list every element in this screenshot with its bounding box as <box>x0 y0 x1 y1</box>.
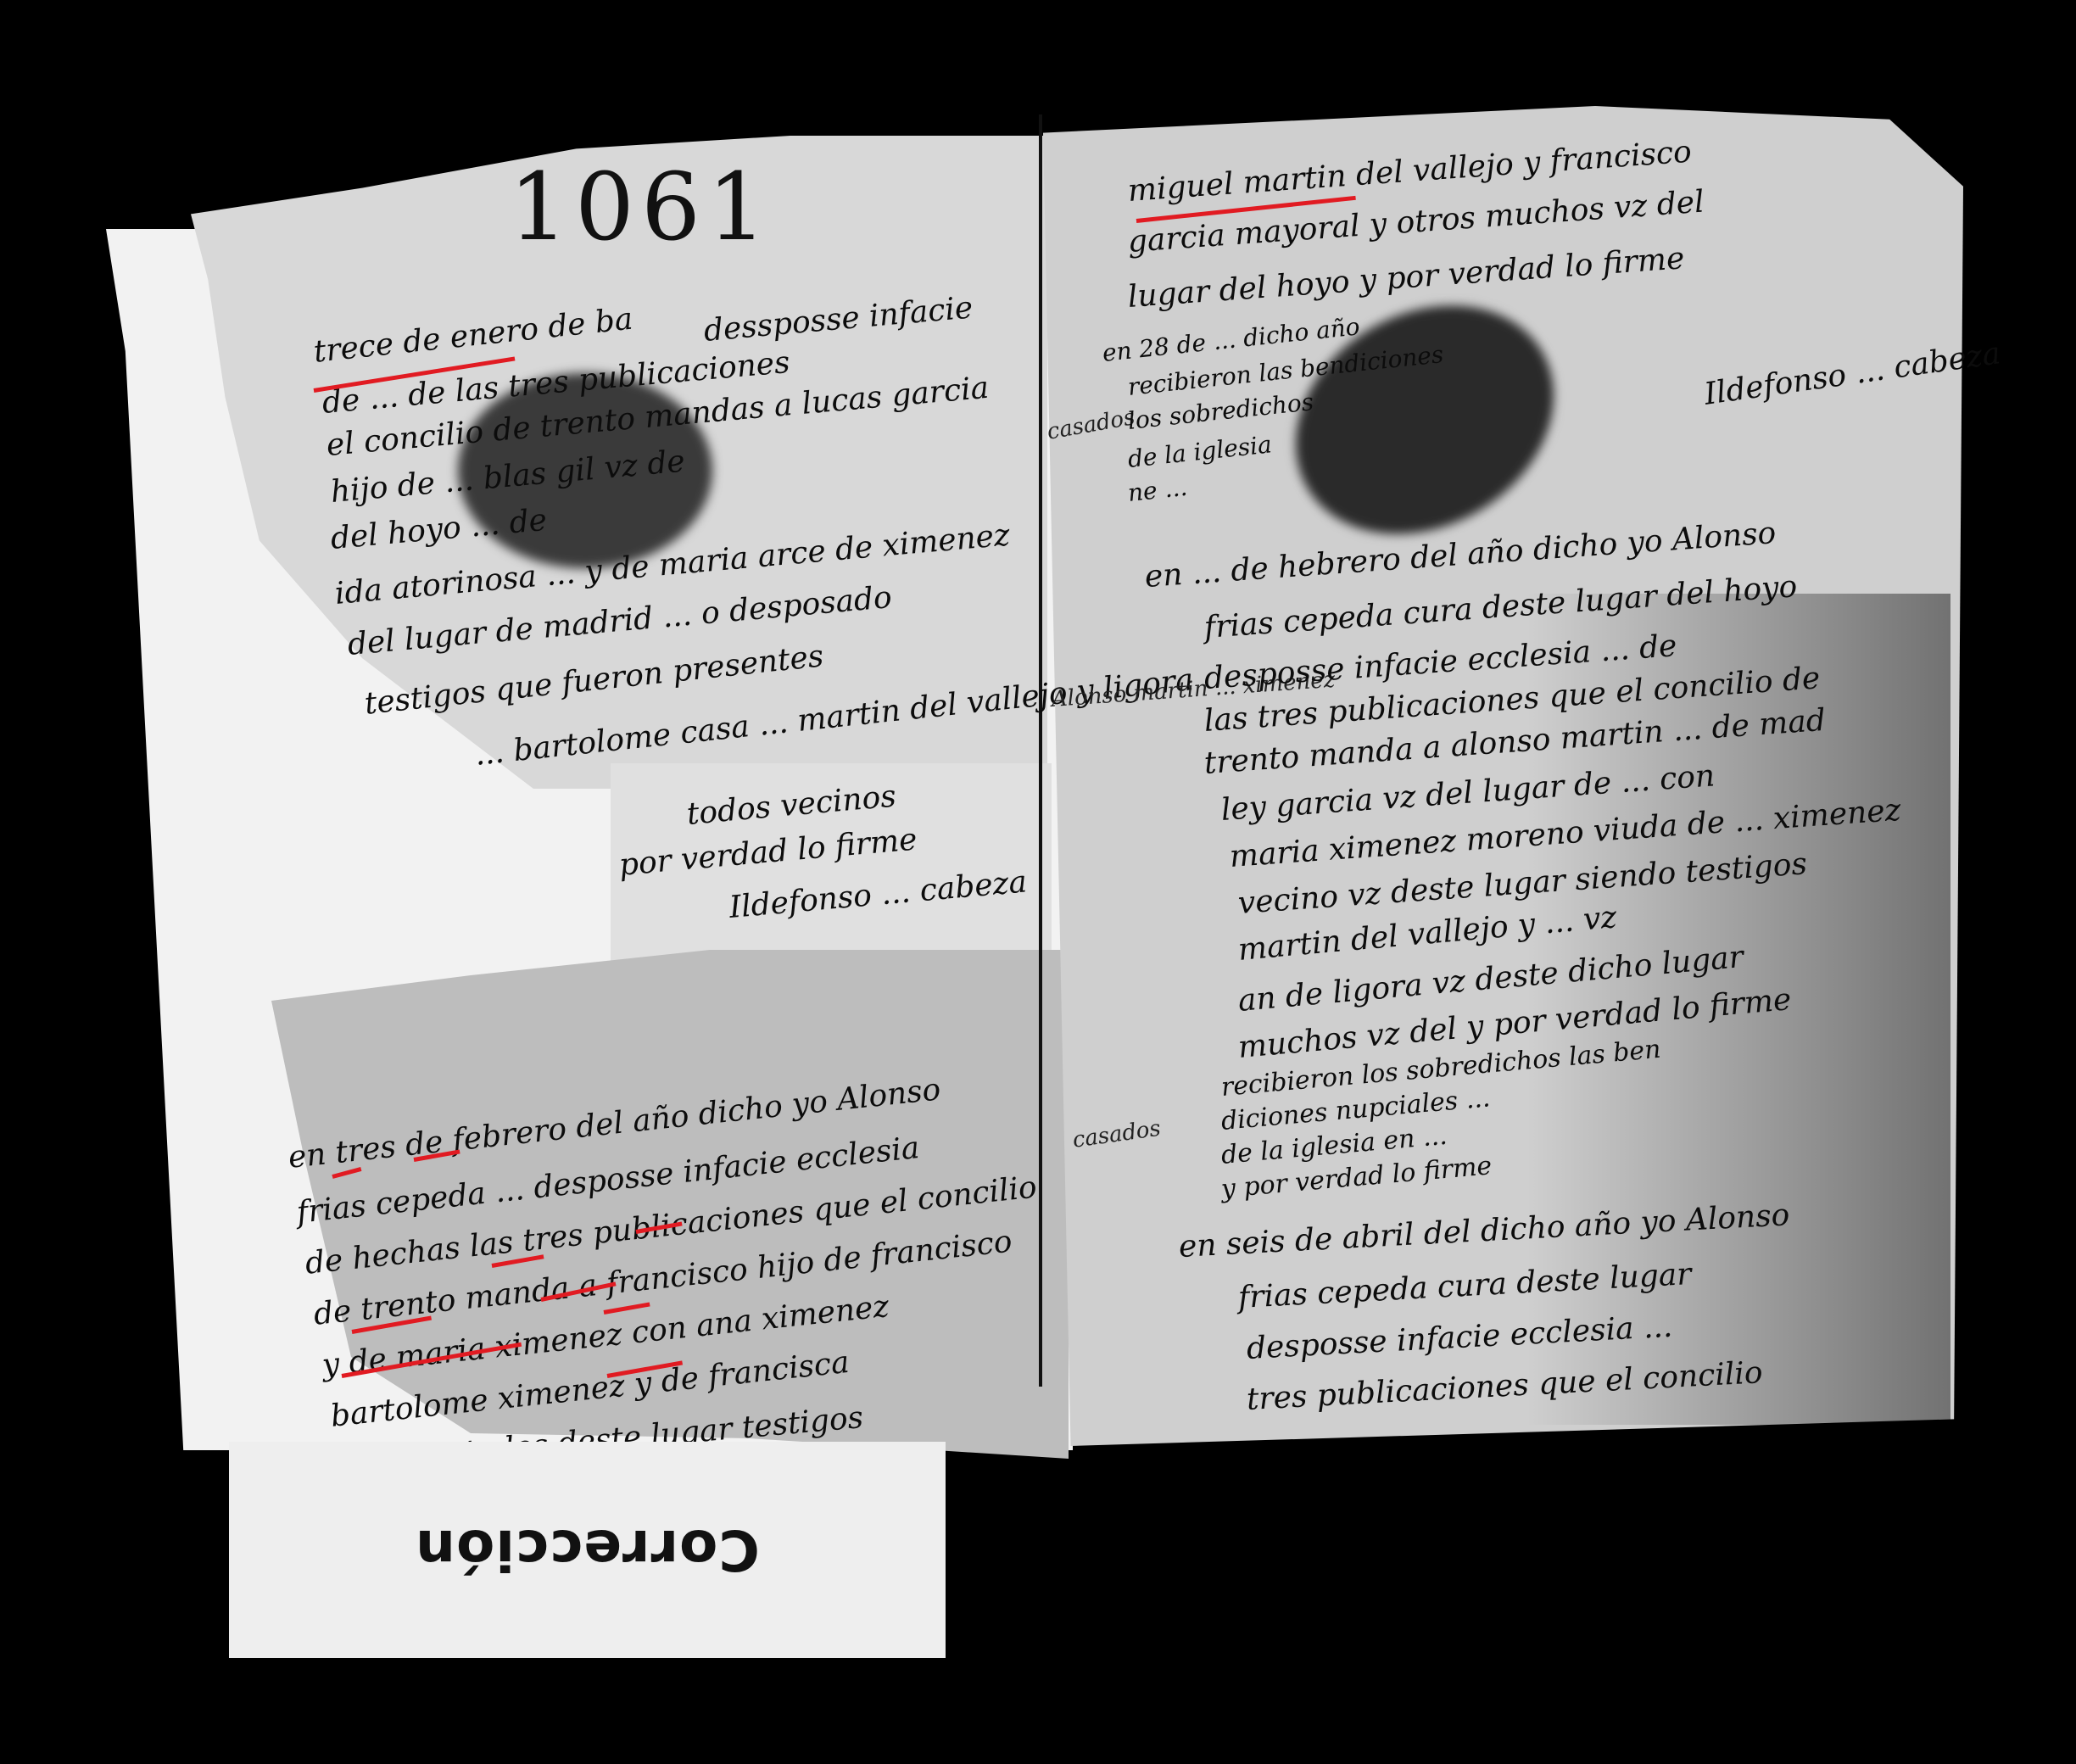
correction-label: Corrección <box>415 1517 760 1583</box>
correction-slip: Corrección <box>229 1442 946 1658</box>
folio-number: 1061 <box>509 153 773 261</box>
page-gutter <box>1039 114 1042 1387</box>
